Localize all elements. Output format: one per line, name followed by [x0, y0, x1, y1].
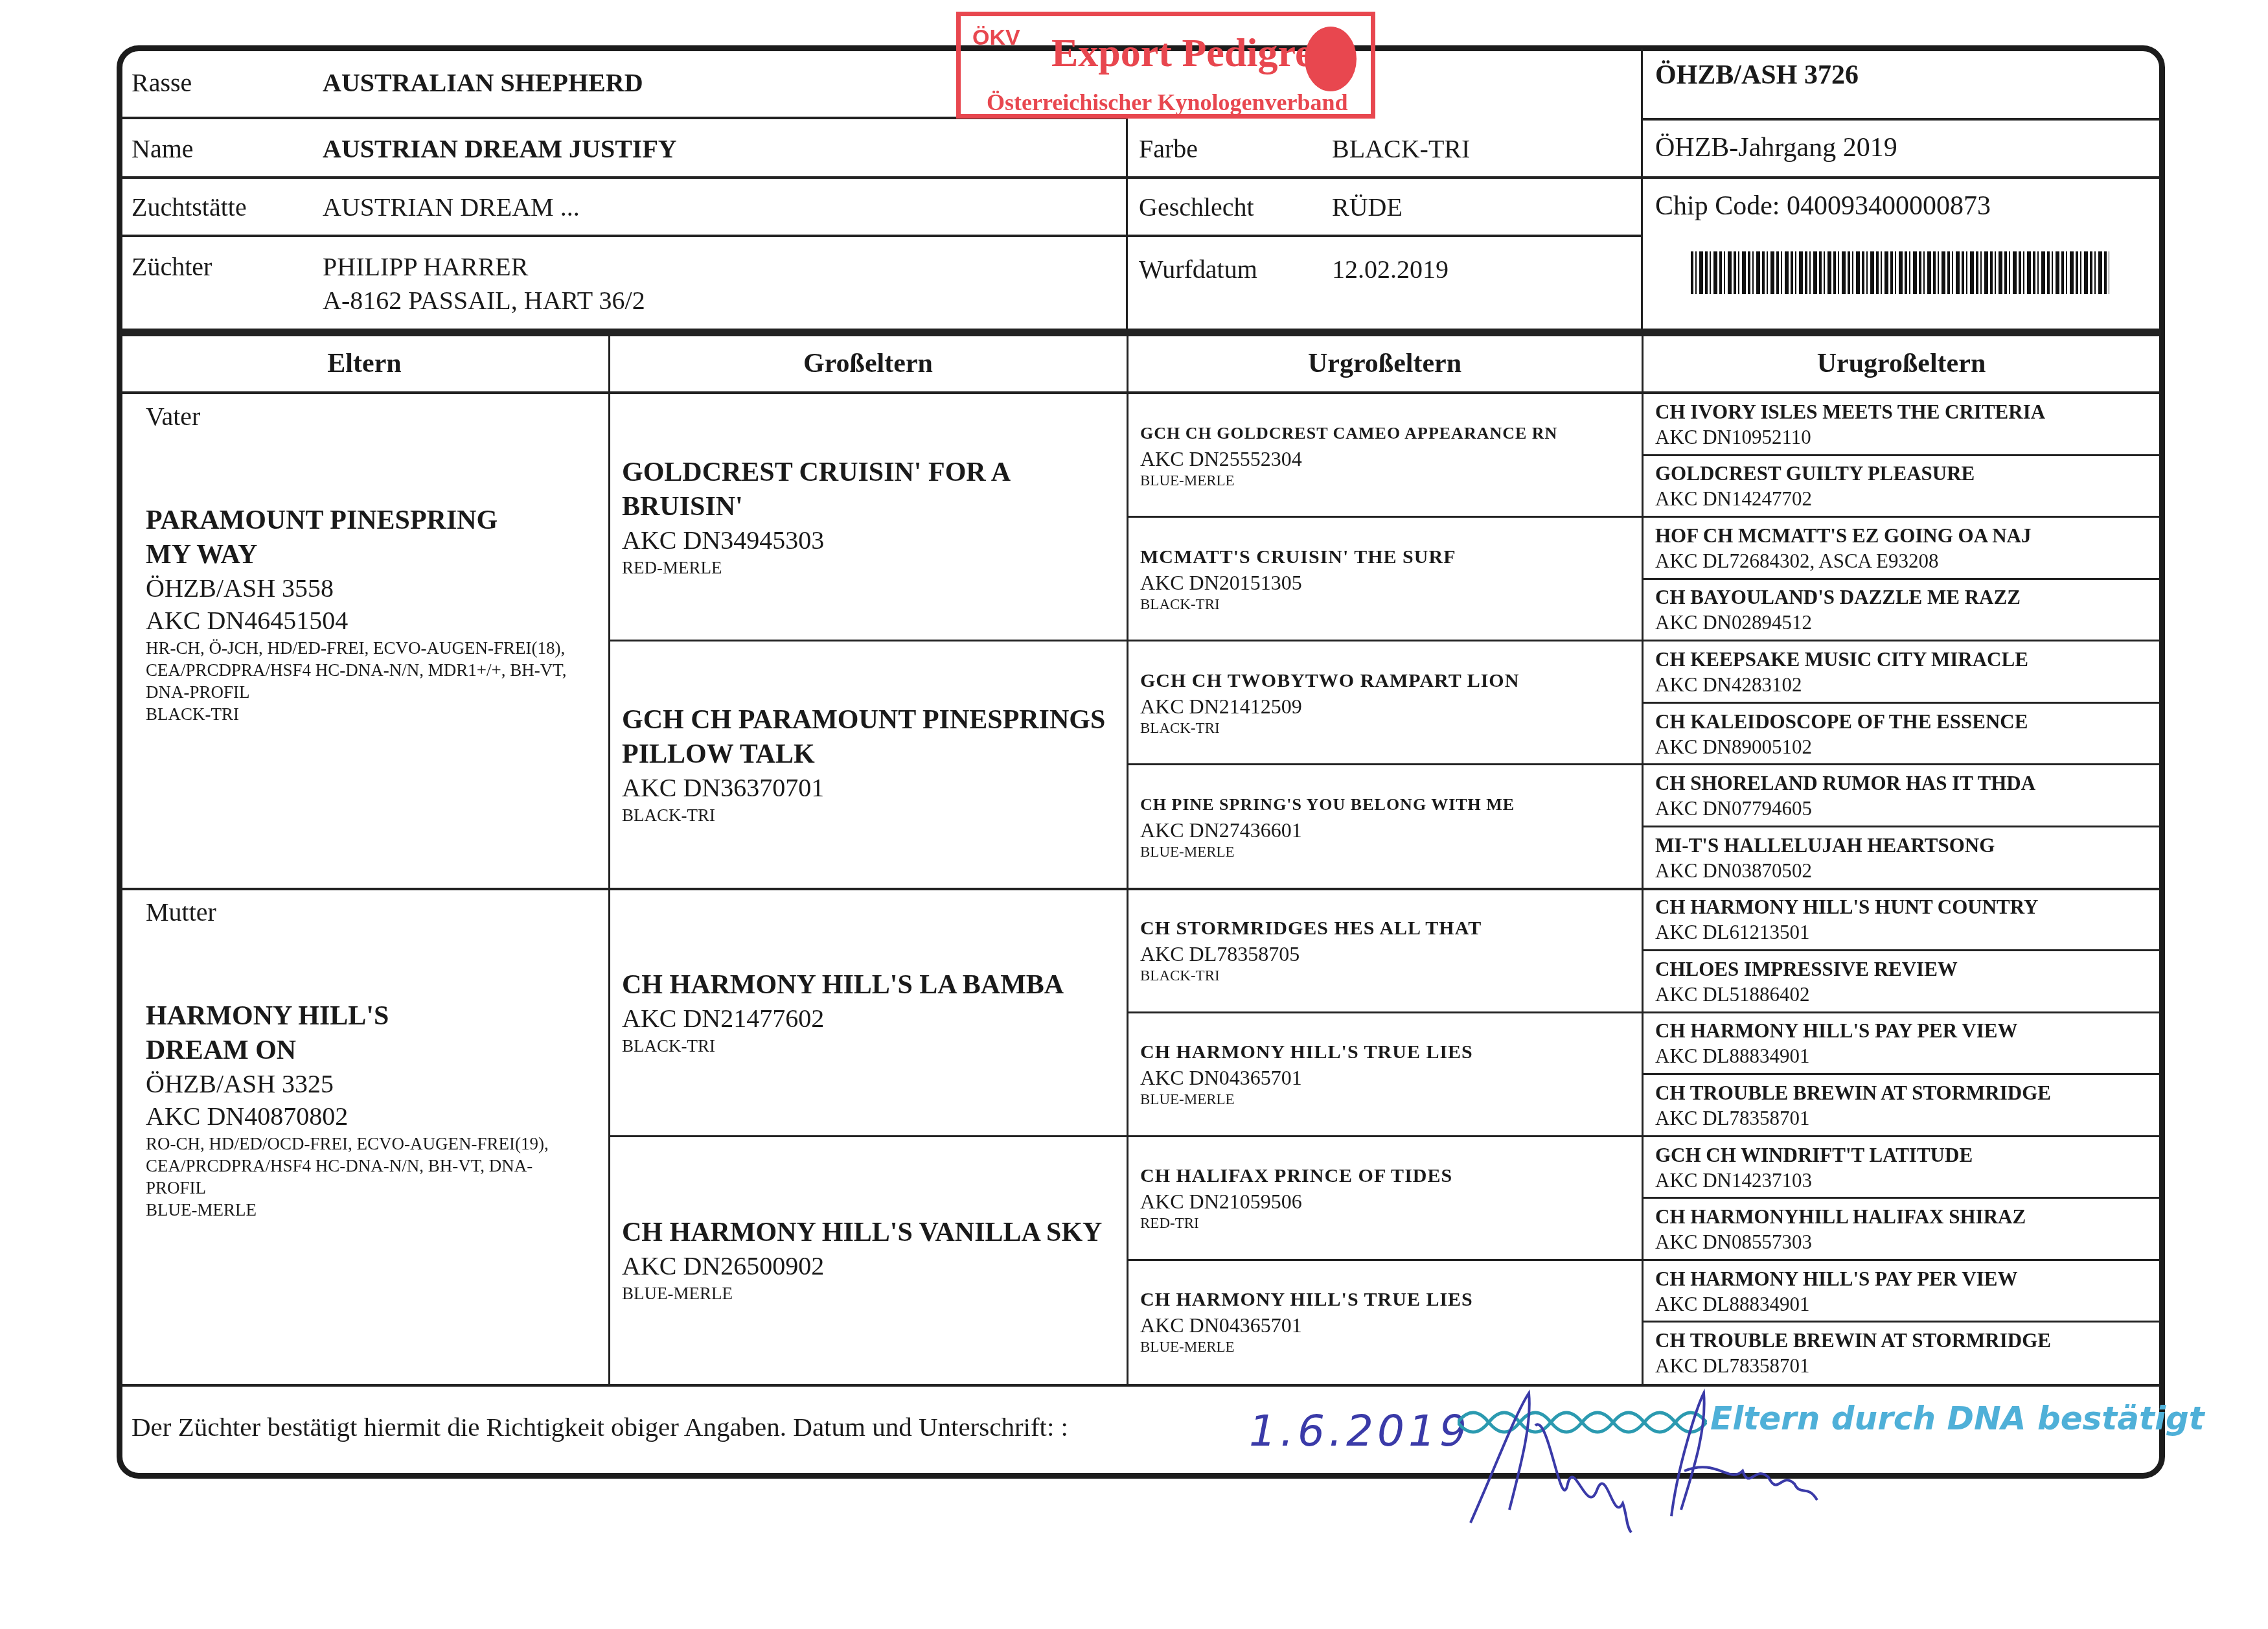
farbe-label: Farbe [1139, 133, 1198, 164]
great-grandparent-akc: AKC DN21059506 [1140, 1188, 1642, 1214]
grandparent-name: CH HARMONY HILL'S VANILLA SKY [622, 1216, 1114, 1250]
great-grandparent-name: CH STORMRIDGES HES ALL THAT [1140, 916, 1642, 941]
stamp-title: Export Pedigree [1051, 30, 1331, 76]
great-great-grandparent-entry: GOLDCREST GUILTY PLEASUREAKC DN14247702 [1642, 456, 2160, 518]
great-great-grandparent-name: CH TROUBLE BREWIN AT STORMRIDGE [1655, 1080, 2160, 1106]
great-grandparent-color: RED-TRI [1140, 1214, 1642, 1232]
handwritten-date: 1.6.2019 [1249, 1406, 1471, 1456]
parent-akc: AKC DN40870802 [146, 1100, 590, 1133]
great-great-grandparent-entry: CH IVORY ISLES MEETS THE CRITERIAAKC DN1… [1642, 393, 2160, 456]
export-pedigree-stamp: ÖKV Export Pedigree Österreichischer Kyn… [956, 12, 1375, 119]
great-great-grandparent-name: GCH CH WINDRIFT'T LATITUDE [1655, 1142, 2160, 1168]
great-great-grandparent-entry: CH TROUBLE BREWIN AT STORMRIDGEAKC DL783… [1642, 1074, 2160, 1137]
signature-icon [1458, 1387, 1911, 1536]
great-great-grandparent-akc: AKC DN4283102 [1655, 673, 2160, 697]
great-grandparent-name: GCH CH GOLDCREST CAMEO APPEARANCE RN [1140, 421, 1642, 446]
studbook-year: ÖHZB-Jahrgang 2019 [1655, 132, 1897, 163]
column-header: Eltern [120, 348, 609, 379]
great-great-grandparent-name: CH KEEPSAKE MUSIC CITY MIRACLE [1655, 647, 2160, 673]
great-great-grandparent-akc: AKC DN08557303 [1655, 1230, 2160, 1254]
dam-entry: HARMONY HILL'SDREAM ONÖHZB/ASH 3325AKC D… [120, 999, 609, 1221]
column-header: Urugroßeltern [1642, 348, 2160, 379]
breed-value: AUSTRALIAN SHEPHERD [323, 67, 643, 98]
great-great-grandparent-name: HOF CH MCMATT'S EZ GOING OA NAJ [1655, 523, 2160, 549]
great-great-grandparent-entry: CH HARMONY HILL'S PAY PER VIEWAKC DL8883… [1642, 1260, 2160, 1323]
great-grandparent-color: BLUE-MERLE [1140, 1091, 1642, 1109]
great-great-grandparent-entry: CH SHORELAND RUMOR HAS IT THDAAKC DN0779… [1642, 765, 2160, 827]
great-great-grandparent-name: CH HARMONY HILL'S PAY PER VIEW [1655, 1018, 2160, 1044]
great-grandparent-akc: AKC DN04365701 [1140, 1312, 1642, 1338]
great-great-grandparent-akc: AKC DN10952110 [1655, 425, 2160, 450]
great-grandparent-color: BLUE-MERLE [1140, 843, 1642, 861]
zuchtstaette-label: Zuchtstätte [132, 192, 247, 222]
great-great-grandparent-akc: AKC DN02894512 [1655, 610, 2160, 635]
rasse-label: Rasse [132, 67, 192, 98]
seal-icon [1305, 27, 1357, 91]
grandparent-color: BLACK-TRI [622, 804, 1114, 826]
great-great-grandparent-name: CH TROUBLE BREWIN AT STORMRIDGE [1655, 1328, 2160, 1354]
great-grandparent-name: GCH CH TWOBYTWO RAMPART LION [1140, 669, 1642, 693]
great-great-grandparent-name: GOLDCREST GUILTY PLEASURE [1655, 461, 2160, 487]
great-grandparent-entry: CH HARMONY HILL'S TRUE LIESAKC DN0436570… [1127, 1260, 1642, 1384]
great-great-grandparent-akc: AKC DN14247702 [1655, 487, 2160, 511]
great-great-grandparent-entry: CH HARMONY HILL'S HUNT COUNTRYAKC DL6121… [1642, 889, 2160, 951]
great-grandparent-name: CH HALIFAX PRINCE OF TIDES [1140, 1164, 1642, 1188]
sex-value: RÜDE [1332, 192, 1403, 222]
great-great-grandparent-akc: AKC DL61213501 [1655, 920, 2160, 945]
zuechter-label: Züchter [132, 251, 212, 282]
grandparent-entry: GCH CH PARAMOUNT PINESPRINGS PILLOW TALK… [609, 641, 1127, 888]
divider [1641, 49, 1643, 330]
parent-titles: RO-CH, HD/ED/OCD-FREI, ECVO-AUGEN-FREI(1… [146, 1133, 590, 1199]
great-great-grandparent-name: CHLOES IMPRESSIVE REVIEW [1655, 956, 2160, 982]
great-grandparent-name: CH PINE SPRING'S YOU BELONG WITH ME [1140, 792, 1642, 817]
great-grandparent-akc: AKC DN20151305 [1140, 570, 1642, 595]
great-great-grandparent-entry: MI-T'S HALLELUJAH HEARTSONGAKC DN0387050… [1642, 827, 2160, 889]
geschlecht-label: Geschlecht [1139, 192, 1254, 222]
great-grandparent-entry: GCH CH TWOBYTWO RAMPART LIONAKC DN214125… [1127, 641, 1642, 765]
great-great-grandparent-entry: CHLOES IMPRESSIVE REVIEWAKC DL51886402 [1642, 951, 2160, 1013]
great-great-grandparent-entry: HOF CH MCMATT'S EZ GOING OA NAJAKC DL726… [1642, 517, 2160, 579]
parent-name: MY WAY [146, 538, 590, 572]
great-great-grandparent-name: CH HARMONY HILL'S HUNT COUNTRY [1655, 894, 2160, 920]
great-grandparent-akc: AKC DN27436601 [1140, 817, 1642, 843]
color-value: BLACK-TRI [1332, 133, 1470, 164]
great-great-grandparent-entry: CH KALEIDOSCOPE OF THE ESSENCEAKC DN8900… [1642, 703, 2160, 765]
great-great-grandparent-name: MI-T'S HALLELUJAH HEARTSONG [1655, 833, 2160, 859]
divider [120, 235, 1642, 237]
divider [1642, 118, 2160, 121]
parent-color: BLUE-MERLE [146, 1199, 590, 1221]
great-great-grandparent-akc: AKC DN14237103 [1655, 1168, 2160, 1193]
great-great-grandparent-akc: AKC DL88834901 [1655, 1292, 2160, 1317]
column-header: Urgroßeltern [1127, 348, 1642, 379]
sire-entry: PARAMOUNT PINESPRINGMY WAYÖHZB/ASH 3558A… [120, 503, 609, 725]
parent-registration: ÖHZB/ASH 3325 [146, 1068, 590, 1100]
breeder-confirmation: Der Züchter bestätigt hiermit die Richti… [132, 1411, 1068, 1442]
registration-number: ÖHZB/ASH 3726 [1655, 60, 1859, 91]
great-great-grandparent-akc: AKC DL88834901 [1655, 1044, 2160, 1069]
grandparent-color: RED-MERLE [622, 557, 1114, 579]
wurfdatum-label: Wurfdatum [1139, 254, 1257, 284]
great-great-grandparent-akc: AKC DN03870502 [1655, 859, 2160, 883]
great-grandparent-name: MCMATT'S CRUISIN' THE SURF [1140, 545, 1642, 570]
breeder-address: A-8162 PASSAIL, HART 36/2 [323, 285, 645, 316]
great-great-grandparent-entry: CH TROUBLE BREWIN AT STORMRIDGEAKC DL783… [1642, 1322, 2160, 1384]
grandparent-color: BLUE-MERLE [622, 1282, 1114, 1304]
great-great-grandparent-name: CH HARMONY HILL'S PAY PER VIEW [1655, 1266, 2160, 1292]
dog-name-value: AUSTRIAN DREAM JUSTIFY [323, 133, 677, 164]
great-great-grandparent-name: CH BAYOULAND'S DAZZLE ME RAZZ [1655, 584, 2160, 610]
name-label: Name [132, 133, 194, 164]
column-header: Großeltern [609, 348, 1127, 379]
great-great-grandparent-akc: AKC DN89005102 [1655, 735, 2160, 759]
great-grandparent-akc: AKC DN21412509 [1140, 693, 1642, 719]
divider-thick [120, 329, 2160, 336]
grandparent-akc: AKC DN36370701 [622, 772, 1114, 804]
birth-date-value: 12.02.2019 [1332, 254, 1449, 284]
parent-role-label: Mutter [146, 897, 216, 927]
great-great-grandparent-entry: CH HARMONY HILL'S PAY PER VIEWAKC DL8883… [1642, 1013, 2160, 1075]
great-grandparent-entry: MCMATT'S CRUISIN' THE SURFAKC DN20151305… [1127, 517, 1642, 641]
okv-logo-icon: ÖKV [972, 25, 1018, 77]
great-great-grandparent-entry: CH HARMONYHILL HALIFAX SHIRAZAKC DN08557… [1642, 1198, 2160, 1260]
great-great-grandparent-name: CH IVORY ISLES MEETS THE CRITERIA [1655, 399, 2160, 425]
parent-name: DREAM ON [146, 1034, 590, 1068]
great-grandparent-color: BLUE-MERLE [1140, 472, 1642, 490]
great-grandparent-akc: AKC DN04365701 [1140, 1065, 1642, 1091]
grandparent-entry: GOLDCREST CRUISIN' FOR A BRUISIN'AKC DN3… [609, 393, 1127, 641]
great-grandparent-entry: CH PINE SPRING'S YOU BELONG WITH MEAKC D… [1127, 765, 1642, 888]
great-grandparent-name: CH HARMONY HILL'S TRUE LIES [1140, 1288, 1642, 1312]
grandparent-entry: CH HARMONY HILL'S VANILLA SKYAKC DN26500… [609, 1137, 1127, 1384]
chip-code: Chip Code: 040093400000873 [1655, 191, 1991, 222]
parent-role-label: Vater [146, 401, 200, 432]
parent-name: PARAMOUNT PINESPRING [146, 503, 590, 538]
great-great-grandparent-entry: GCH CH WINDRIFT'T LATITUDEAKC DN14237103 [1642, 1137, 2160, 1199]
grandparent-name: GCH CH PARAMOUNT PINESPRINGS PILLOW TALK [622, 703, 1114, 772]
great-great-grandparent-name: CH KALEIDOSCOPE OF THE ESSENCE [1655, 709, 2160, 735]
great-great-grandparent-akc: AKC DL51886402 [1655, 982, 2160, 1007]
great-great-grandparent-akc: AKC DL72684302, ASCA E93208 [1655, 549, 2160, 573]
grandparent-akc: AKC DN26500902 [622, 1250, 1114, 1282]
divider [1126, 117, 1128, 330]
breeder-name: PHILIPP HARRER [323, 251, 528, 282]
great-grandparent-akc: AKC DN25552304 [1140, 446, 1642, 472]
great-grandparent-entry: CH HARMONY HILL'S TRUE LIESAKC DN0436570… [1127, 1013, 1642, 1137]
parent-name: HARMONY HILL'S [146, 999, 590, 1034]
great-great-grandparent-name: CH HARMONYHILL HALIFAX SHIRAZ [1655, 1204, 2160, 1230]
grandparent-name: GOLDCREST CRUISIN' FOR A BRUISIN' [622, 456, 1114, 524]
great-grandparent-color: BLACK-TRI [1140, 719, 1642, 737]
great-grandparent-entry: GCH CH GOLDCREST CAMEO APPEARANCE RNAKC … [1127, 393, 1642, 517]
great-great-grandparent-akc: AKC DN07794605 [1655, 796, 2160, 821]
grandparent-akc: AKC DN21477602 [622, 1002, 1114, 1035]
grandparent-akc: AKC DN34945303 [622, 524, 1114, 557]
great-grandparent-color: BLACK-TRI [1140, 595, 1642, 614]
great-great-grandparent-entry: CH BAYOULAND'S DAZZLE ME RAZZAKC DN02894… [1642, 579, 2160, 641]
parent-titles: HR-CH, Ö-JCH, HD/ED-FREI, ECVO-AUGEN-FRE… [146, 637, 590, 703]
great-grandparent-color: BLACK-TRI [1140, 967, 1642, 985]
stamp-organization: Österreichischer Kynologenverband [987, 89, 1348, 116]
grandparent-name: CH HARMONY HILL'S LA BAMBA [622, 968, 1114, 1002]
great-grandparent-name: CH HARMONY HILL'S TRUE LIES [1140, 1040, 1642, 1065]
great-great-grandparent-akc: AKC DL78358701 [1655, 1354, 2160, 1378]
great-grandparent-entry: CH STORMRIDGES HES ALL THATAKC DL7835870… [1127, 889, 1642, 1013]
divider [120, 176, 2160, 179]
great-grandparent-entry: CH HALIFAX PRINCE OF TIDESAKC DN21059506… [1127, 1137, 1642, 1260]
great-grandparent-color: BLUE-MERLE [1140, 1338, 1642, 1356]
parent-color: BLACK-TRI [146, 703, 590, 725]
grandparent-entry: CH HARMONY HILL'S LA BAMBAAKC DN21477602… [609, 889, 1127, 1137]
great-great-grandparent-entry: CH KEEPSAKE MUSIC CITY MIRACLEAKC DN4283… [1642, 641, 2160, 703]
parent-registration: ÖHZB/ASH 3558 [146, 572, 590, 605]
parent-akc: AKC DN46451504 [146, 605, 590, 637]
kennel-value: AUSTRIAN DREAM ... [323, 192, 580, 222]
barcode-icon [1691, 251, 2109, 294]
great-great-grandparent-akc: AKC DL78358701 [1655, 1106, 2160, 1131]
great-grandparent-akc: AKC DL78358705 [1140, 941, 1642, 967]
grandparent-color: BLACK-TRI [622, 1035, 1114, 1057]
great-great-grandparent-name: CH SHORELAND RUMOR HAS IT THDA [1655, 770, 2160, 796]
